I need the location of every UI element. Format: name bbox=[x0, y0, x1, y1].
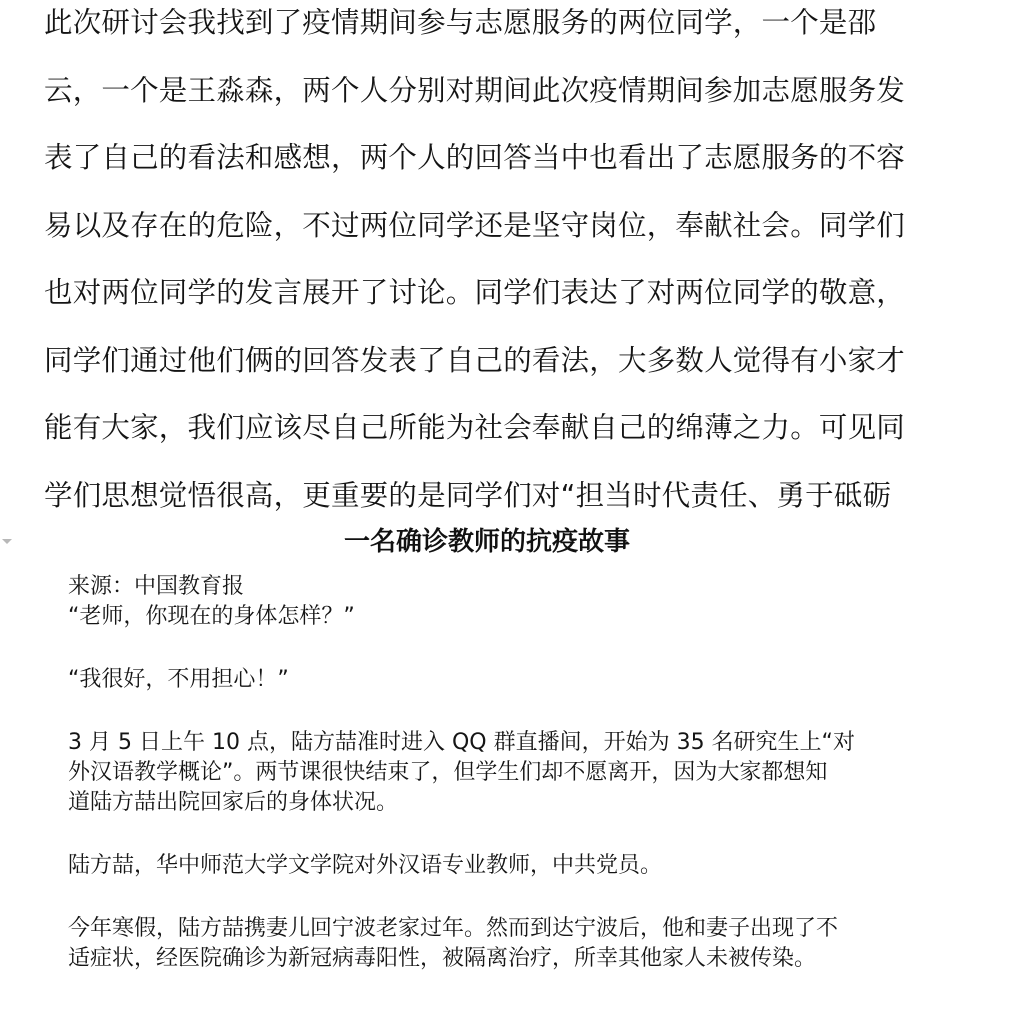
article-body: 来源：中国教育报 “老师，你现在的身体怎样？” “我很好，不用担心！” 3 月 … bbox=[68, 572, 948, 974]
essay-line: 表了自己的看法和感想，两个人的回答当中也看出了志愿服务的不容 bbox=[44, 135, 944, 203]
paragraph-line: 道陆方喆出院回家后的身体状况。 bbox=[68, 788, 948, 818]
article-paragraph-1: 3 月 5 日上午 10 点，陆方喆准时进入 QQ 群直播间，开始为 35 名研… bbox=[68, 728, 948, 818]
article-question: “老师，你现在的身体怎样？” bbox=[68, 602, 948, 632]
paragraph-line: 3 月 5 日上午 10 点，陆方喆准时进入 QQ 群直播间，开始为 35 名研… bbox=[68, 728, 948, 758]
essay-line: 云，一个是王淼森，两个人分别对期间此次疫情期间参加志愿服务发 bbox=[44, 68, 944, 136]
article-title: 一名确诊教师的抗疫故事 bbox=[0, 524, 974, 560]
article-source: 来源：中国教育报 bbox=[68, 572, 948, 602]
document-page: 此次研讨会我找到了疫情期间参与志愿服务的两位同学，一个是邵 云，一个是王淼森，两… bbox=[0, 0, 1024, 1024]
paragraph-line: 外汉语教学概论”。两节课很快结束了，但学生们却不愿离开，因为大家都想知 bbox=[68, 758, 948, 788]
article-paragraph-2: 陆方喆，华中师范大学文学院对外汉语专业教师，中共党员。 bbox=[68, 851, 948, 881]
paragraph-line: 适症状，经医院确诊为新冠病毒阳性，被隔离治疗，所幸其他家人未被传染。 bbox=[68, 944, 948, 974]
essay-line: 能有大家，我们应该尽自己所能为社会奉献自己的绵薄之力。可见同 bbox=[44, 405, 944, 473]
article-paragraph-3: 今年寒假，陆方喆携妻儿回宁波老家过年。然而到达宁波后，他和妻子出现了不 适症状，… bbox=[68, 914, 948, 974]
paragraph-line: 陆方喆，华中师范大学文学院对外汉语专业教师，中共党员。 bbox=[68, 851, 948, 881]
essay-line: 也对两位同学的发言展开了讨论。同学们表达了对两位同学的敬意， bbox=[44, 270, 944, 338]
article-answer: “我很好，不用担心！” bbox=[68, 665, 948, 695]
paragraph-line: 今年寒假，陆方喆携妻儿回宁波老家过年。然而到达宁波后，他和妻子出现了不 bbox=[68, 914, 948, 944]
essay-text-block: 此次研讨会我找到了疫情期间参与志愿服务的两位同学，一个是邵 云，一个是王淼森，两… bbox=[44, 0, 944, 540]
essay-line: 易以及存在的危险，不过两位同学还是坚守岗位，奉献社会。同学们 bbox=[44, 203, 944, 271]
essay-line: 此次研讨会我找到了疫情期间参与志愿服务的两位同学，一个是邵 bbox=[44, 0, 944, 68]
essay-line: 同学们通过他们俩的回答发表了自己的看法，大多数人觉得有小家才 bbox=[44, 338, 944, 406]
